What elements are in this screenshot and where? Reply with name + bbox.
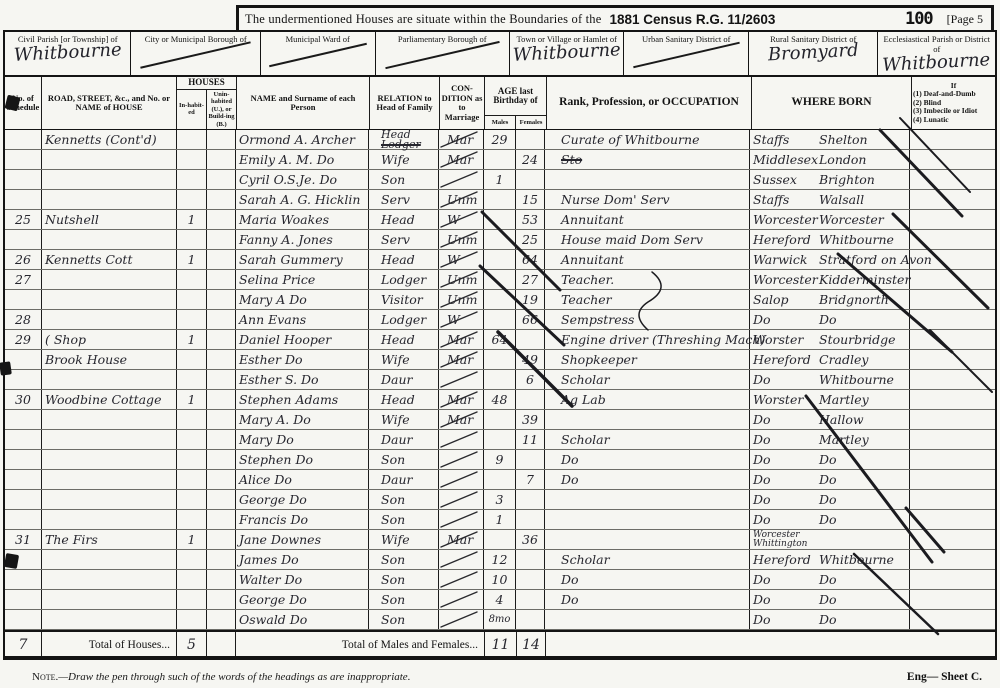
birth-county: Staffs: [753, 130, 819, 149]
occupation: Scholar: [545, 370, 750, 389]
occupation: Do: [545, 450, 750, 469]
infirmity-cell: [910, 130, 995, 149]
birth-place: Whitbourne: [819, 230, 906, 249]
person-name: Maria Woakes: [236, 210, 369, 229]
inhabited-mark: [177, 490, 207, 509]
table-row: 28 Ann Evans Lodger W 66 Sempstress Do D…: [5, 310, 995, 330]
where-born: Staffs Walsall: [750, 190, 910, 209]
house-name: Brook House: [42, 350, 177, 369]
total-females: 14: [517, 632, 546, 656]
title-strip: The undermentioned Houses are situate wi…: [236, 5, 994, 30]
person-name: Stephen Adams: [236, 390, 369, 409]
marriage-condition: [439, 490, 484, 509]
infirmity-cell: [910, 190, 995, 209]
house-name: The Firs: [42, 530, 177, 549]
inhabited-mark: [177, 470, 207, 489]
age-female: [516, 550, 545, 569]
relation-to-head: Son: [369, 490, 439, 509]
birth-place: Bridgnorth: [819, 290, 906, 309]
uninhabited-mark: [207, 470, 236, 489]
occupation: Curate of Whitbourne: [545, 130, 750, 149]
birth-place: Do: [819, 570, 906, 589]
birth-place: Whitbourne: [819, 550, 906, 569]
age-female: 25: [516, 230, 545, 249]
marriage-condition: Unm: [439, 190, 484, 209]
occupation: Sto: [545, 150, 750, 169]
relation-to-head: Son: [369, 610, 439, 629]
table-row: George Do Son 4 Do Do Do: [5, 590, 995, 610]
infirmity-cell: [910, 210, 995, 229]
schedule-number: [5, 230, 42, 249]
age-male: [484, 470, 516, 489]
infirmity-cell: [910, 430, 995, 449]
where-born: Do Martley: [750, 430, 910, 449]
occupation: Annuitant: [545, 250, 750, 269]
header-inhabited: In-habit-ed: [177, 90, 207, 130]
person-name: Jane Downes: [236, 530, 369, 549]
person-name: James Do: [236, 550, 369, 569]
table-row: Alice Do Daur 7 Do Do Do: [5, 470, 995, 490]
inhabited-mark: [177, 430, 207, 449]
footer-note: Note.—Draw the pen through such of the w…: [32, 671, 410, 683]
relation-to-head: Head: [369, 390, 439, 409]
person-name: Daniel Hooper: [236, 330, 369, 349]
table-row: 29 ( Shop 1 Daniel Hooper Head Mar 64 En…: [5, 330, 995, 350]
schedule-number: [5, 290, 42, 309]
sheet-label: Eng— Sheet C.: [907, 671, 982, 683]
relation-to-head: Son: [369, 510, 439, 529]
house-name: [42, 610, 177, 629]
marriage-condition: W: [439, 250, 484, 269]
where-born: Worster Martley: [750, 390, 910, 409]
infirmity-cell: [910, 310, 995, 329]
age-male: [484, 190, 516, 209]
inhabited-mark: [177, 150, 207, 169]
header-infirmity: If (1) Deaf-and-Dumb (2) Blind (3) Imbec…: [912, 77, 995, 129]
schedule-number: 31: [5, 530, 42, 549]
inhabited-mark: [177, 410, 207, 429]
age-male: 29: [484, 130, 516, 149]
occupation: [545, 410, 750, 429]
where-born: Do Do: [750, 450, 910, 469]
inhabited-mark: [177, 450, 207, 469]
age-female: [516, 490, 545, 509]
house-name: [42, 510, 177, 529]
age-male: 3: [484, 490, 516, 509]
inhabited-mark: [177, 310, 207, 329]
birth-place: Do: [819, 450, 906, 469]
relation-to-head: Son: [369, 590, 439, 609]
house-name: [42, 190, 177, 209]
header-condition: CON-DITION as to Marriage: [440, 77, 485, 129]
infirmity-cell: [910, 350, 995, 369]
occupation: Do: [545, 570, 750, 589]
occupation: Nurse Dom' Serv: [545, 190, 750, 209]
occupation: House maid Dom Serv: [545, 230, 750, 249]
marriage-condition: W: [439, 310, 484, 329]
table-row: James Do Son 12 Scholar Hereford Whitbou…: [5, 550, 995, 570]
header-where-born: WHERE BORN: [752, 77, 912, 129]
title-text: The undermentioned Houses are situate wi…: [245, 12, 602, 27]
table-row: Walter Do Son 10 Do Do Do: [5, 570, 995, 590]
birth-place: Stourbridge: [819, 330, 906, 349]
page-number: [Page 5: [947, 12, 985, 27]
house-name: ( Shop: [42, 330, 177, 349]
age-female: 11: [516, 430, 545, 449]
house-name: [42, 310, 177, 329]
table-row: Mary Do Daur 11 Scholar Do Martley: [5, 430, 995, 450]
birth-place: London: [819, 150, 906, 169]
age-male: 12: [484, 550, 516, 569]
where-born: Staffs Shelton: [750, 130, 910, 149]
person-name: Emily A. M. Do: [236, 150, 369, 169]
where-born: Sussex Brighton: [750, 170, 910, 189]
schedule-number: [5, 190, 42, 209]
occupation: Teacher: [545, 290, 750, 309]
uninhabited-mark: [207, 190, 236, 209]
infirmity-cell: [910, 290, 995, 309]
age-male: 1: [484, 510, 516, 529]
age-male: [484, 250, 516, 269]
marriage-condition: Unm: [439, 270, 484, 289]
relation-to-head: Serv: [369, 190, 439, 209]
birth-county: Hereford: [753, 230, 819, 249]
occupation: [545, 610, 750, 629]
schedule-number: [5, 490, 42, 509]
person-name: Alice Do: [236, 470, 369, 489]
marriage-condition: Mar: [439, 530, 484, 549]
census-reference: 1881 Census R.G. 11/2603: [610, 12, 776, 27]
note-text: —Draw the pen through such of the words …: [58, 671, 410, 683]
age-female: 36: [516, 530, 545, 549]
field-value-handwritten: Whitbourne: [509, 39, 623, 66]
age-male: [484, 150, 516, 169]
age-female: [516, 130, 545, 149]
marriage-condition: Unm: [439, 230, 484, 249]
header-age: AGE last Birthday of: [485, 77, 546, 115]
header-occupation: Rank, Profession, or OCCUPATION: [547, 77, 752, 129]
marriage-condition: Mar: [439, 350, 484, 369]
age-female: 66: [516, 310, 545, 329]
marriage-condition: Mar: [439, 390, 484, 409]
house-name: [42, 450, 177, 469]
inhabited-mark: [177, 350, 207, 369]
field-civil-parish: Civil Parish [or Township] of Whitbourne: [5, 32, 131, 75]
age-female: 49: [516, 350, 545, 369]
ink-stamp: [0, 361, 12, 375]
header-relation: RELATION to Head of Family: [370, 77, 440, 129]
table-row: George Do Son 3 Do Do: [5, 490, 995, 510]
relation-to-head: Son: [369, 170, 439, 189]
birth-place: Do: [819, 470, 906, 489]
where-born: Worster Stourbridge: [750, 330, 910, 349]
birth-place: Do: [819, 610, 906, 629]
uninhabited-mark: [207, 530, 236, 549]
person-name: Mary Do: [236, 430, 369, 449]
table-row: Stephen Do Son 9 Do Do Do: [5, 450, 995, 470]
field-label: Urban Sanitary District of: [624, 34, 748, 44]
total-males: 11: [485, 632, 517, 656]
uninhabited-mark: [207, 410, 236, 429]
person-name: Francis Do: [236, 510, 369, 529]
age-female: [516, 570, 545, 589]
marriage-condition: [439, 470, 484, 489]
header-uninhabited: Unin-habited (U.), or Build-ing (B.): [207, 90, 236, 130]
birth-place: Do: [819, 490, 906, 509]
marriage-condition: Unm: [439, 290, 484, 309]
age-female: 15: [516, 190, 545, 209]
birth-county: Hereford: [753, 350, 819, 369]
strike-mark: [140, 41, 251, 68]
schedule-number: 29: [5, 330, 42, 349]
inhabited-mark: 1: [177, 210, 207, 229]
uninhabited-mark: [207, 370, 236, 389]
strike-mark: [269, 42, 367, 66]
table-row: Emily A. M. Do Wife Mar 24 Sto Middlesex…: [5, 150, 995, 170]
header-houses: HOUSES: [177, 77, 236, 90]
total-houses-label: Total of Houses...: [42, 632, 177, 656]
infirmity-cell: [910, 170, 995, 189]
person-name: Ormond A. Archer: [236, 130, 369, 149]
relation-to-head: Serv: [369, 230, 439, 249]
house-name: [42, 550, 177, 569]
marriage-condition: [439, 510, 484, 529]
strike-mark: [633, 41, 739, 67]
house-name: [42, 270, 177, 289]
where-born: Do Do: [750, 470, 910, 489]
birth-county: Do: [753, 610, 819, 629]
infirmity-cell: [910, 530, 995, 549]
table-body: Kennetts (Cont'd) Ormond A. Archer HeadL…: [5, 130, 995, 630]
schedule-number: [5, 130, 42, 149]
uninhabited-mark: [207, 430, 236, 449]
marriage-condition: [439, 590, 484, 609]
schedule-number: 27: [5, 270, 42, 289]
table-row: Kennetts (Cont'd) Ormond A. Archer HeadL…: [5, 130, 995, 150]
where-born: Do Hallow: [750, 410, 910, 429]
age-female: [516, 450, 545, 469]
table-row: 25 Nutshell 1 Maria Woakes Head W 53 Ann…: [5, 210, 995, 230]
occupation: [545, 490, 750, 509]
birth-place: Brighton: [819, 170, 906, 189]
birth-county: Do: [753, 490, 819, 509]
header-males: Males: [485, 116, 516, 129]
occupation: Teacher.: [545, 270, 750, 289]
schedule-number: 26: [5, 250, 42, 269]
house-name: [42, 230, 177, 249]
inhabited-mark: 1: [177, 390, 207, 409]
birth-place: Hallow: [819, 410, 906, 429]
house-name: [42, 410, 177, 429]
occupation: Scholar: [545, 550, 750, 569]
house-name: [42, 370, 177, 389]
age-male: [484, 430, 516, 449]
birth-place: Do: [819, 510, 906, 529]
field-municipal-ward: Municipal Ward of: [261, 32, 376, 75]
inhabited-mark: [177, 570, 207, 589]
birth-county: Do: [753, 310, 819, 329]
house-name: [42, 290, 177, 309]
uninhabited-mark: [207, 270, 236, 289]
infirmity-cell: [910, 470, 995, 489]
birth-county: Worcester: [753, 210, 819, 229]
header-houses-group: HOUSES In-habit-ed Unin-habited (U.), or…: [177, 77, 237, 129]
birth-county: Salop: [753, 290, 819, 309]
birth-county: Do: [753, 510, 819, 529]
occupation: Sempstress: [545, 310, 750, 329]
age-male: [484, 410, 516, 429]
house-name: [42, 170, 177, 189]
occupation: Do: [545, 470, 750, 489]
table-row: Mary A Do Visitor Unm 19 Teacher Salop B…: [5, 290, 995, 310]
infirmity-cell: [910, 250, 995, 269]
relation-to-head: Son: [369, 450, 439, 469]
uninhabited-mark: [207, 510, 236, 529]
person-name: Esther Do: [236, 350, 369, 369]
birth-county: Do: [753, 590, 819, 609]
uninhabited-mark: [207, 210, 236, 229]
totals-schedule-count: 7: [5, 632, 42, 656]
occupation: [545, 530, 750, 549]
infirmity-cell: [910, 570, 995, 589]
birth-county: Warwick: [753, 250, 819, 269]
age-male: [484, 350, 516, 369]
person-name: Fanny A. Jones: [236, 230, 369, 249]
occupation: Shopkeeper: [545, 350, 750, 369]
table-row: Cyril O.S.Je. Do Son 1 Sussex Brighton: [5, 170, 995, 190]
inhabited-mark: [177, 510, 207, 529]
inhabited-mark: [177, 370, 207, 389]
relation-to-head: Head: [369, 210, 439, 229]
inhabited-mark: [177, 270, 207, 289]
uninhabited-mark: [207, 290, 236, 309]
where-born: Do Do: [750, 610, 910, 629]
table-row: Sarah A. G. Hicklin Serv Unm 15 Nurse Do…: [5, 190, 995, 210]
birth-place: Do: [819, 590, 906, 609]
schedule-number: 25: [5, 210, 42, 229]
birth-place: Worcester: [819, 210, 906, 229]
marriage-condition: [439, 610, 484, 629]
inhabited-mark: [177, 550, 207, 569]
field-urban-sanitary: Urban Sanitary District of: [624, 32, 749, 75]
table-row: 27 Selina Price Lodger Unm 27 Teacher. W…: [5, 270, 995, 290]
ink-stamp: [4, 553, 19, 569]
birth-county: Worster: [753, 330, 819, 349]
relation-to-head: Daur: [369, 430, 439, 449]
birth-county: Worster: [753, 390, 819, 409]
uninhabited-mark: [207, 230, 236, 249]
uninhabited-mark: [207, 150, 236, 169]
census-table: No. of Schedule ROAD, STREET, &c., and N…: [3, 77, 997, 660]
infirmity-cell: [910, 490, 995, 509]
field-municipal-borough: City or Municipal Borough of: [131, 32, 260, 75]
relation-to-head: Lodger: [369, 310, 439, 329]
marriage-condition: [439, 450, 484, 469]
person-name: Walter Do: [236, 570, 369, 589]
uninhabited-mark: [207, 350, 236, 369]
uninhabited-mark: [207, 330, 236, 349]
relation-to-head: Son: [369, 550, 439, 569]
relation-to-head: Son: [369, 570, 439, 589]
uninhabited-mark: [207, 130, 236, 149]
relation-to-head: Daur: [369, 470, 439, 489]
infirmity-cell: [910, 230, 995, 249]
uninhabited-mark: [207, 170, 236, 189]
strike-mark: [385, 40, 500, 68]
house-name: [42, 590, 177, 609]
birth-county: Do: [753, 430, 819, 449]
header-infirmity-item: (4) Lunatic: [913, 116, 949, 125]
birth-county: Do: [753, 450, 819, 469]
schedule-number: 30: [5, 390, 42, 409]
birth-county: Middlesex: [753, 150, 819, 169]
where-born: Worcester Kidderminster: [750, 270, 910, 289]
age-male: 4: [484, 590, 516, 609]
marriage-condition: [439, 550, 484, 569]
where-born: Do Do: [750, 590, 910, 609]
uninhabited-mark: [207, 250, 236, 269]
infirmity-cell: [910, 590, 995, 609]
table-row: Mary A. Do Wife Mar 39 Do Hallow: [5, 410, 995, 430]
note-caption: Note.: [32, 671, 58, 683]
age-female: 39: [516, 410, 545, 429]
person-name: Cyril O.S.Je. Do: [236, 170, 369, 189]
where-born: Middlesex London: [750, 150, 910, 169]
house-name: Kennetts Cott: [42, 250, 177, 269]
birth-county: Worcester: [753, 270, 819, 289]
relation-to-head: Visitor: [369, 290, 439, 309]
where-born: Do Do: [750, 310, 910, 329]
relation-to-head: Head: [369, 330, 439, 349]
table-header-row: No. of Schedule ROAD, STREET, &c., and N…: [5, 77, 995, 130]
marriage-condition: [439, 570, 484, 589]
relation-to-head: Wife: [369, 530, 439, 549]
relation-to-head: HeadLodger: [369, 130, 439, 149]
house-name: Woodbine Cottage: [42, 390, 177, 409]
infirmity-cell: [910, 390, 995, 409]
where-born: Worcester Whittington: [750, 530, 910, 549]
infirmity-cell: [910, 410, 995, 429]
where-born: Hereford Whitbourne: [750, 230, 910, 249]
inhabited-mark: 1: [177, 530, 207, 549]
where-born: Worcester Worcester: [750, 210, 910, 229]
marriage-condition: W: [439, 210, 484, 229]
birth-county: Do: [753, 570, 819, 589]
where-born: Do Do: [750, 570, 910, 589]
total-persons-label: Total of Males and Females...: [236, 632, 485, 656]
schedule-number: [5, 410, 42, 429]
birth-place: Kidderminster: [819, 270, 910, 289]
where-born: Warwick Stratford on Avon: [750, 250, 910, 269]
where-born: Salop Bridgnorth: [750, 290, 910, 309]
table-row: Esther S. Do Daur 6 Scholar Do Whitbourn…: [5, 370, 995, 390]
inhabited-mark: [177, 130, 207, 149]
age-male: 1: [484, 170, 516, 189]
person-name: Mary A Do: [236, 290, 369, 309]
where-born: Do Do: [750, 510, 910, 529]
where-born: Do Whitbourne: [750, 370, 910, 389]
person-name: Stephen Do: [236, 450, 369, 469]
age-male: [484, 530, 516, 549]
house-name: [42, 490, 177, 509]
inhabited-mark: [177, 590, 207, 609]
relation-to-head: Wife: [369, 350, 439, 369]
birth-place: Walsall: [819, 190, 906, 209]
table-row: Fanny A. Jones Serv Unm 25 House maid Do…: [5, 230, 995, 250]
district-header: Civil Parish [or Township] of Whitbourne…: [3, 30, 997, 77]
relation-to-head: Wife: [369, 150, 439, 169]
where-born: Do Do: [750, 490, 910, 509]
